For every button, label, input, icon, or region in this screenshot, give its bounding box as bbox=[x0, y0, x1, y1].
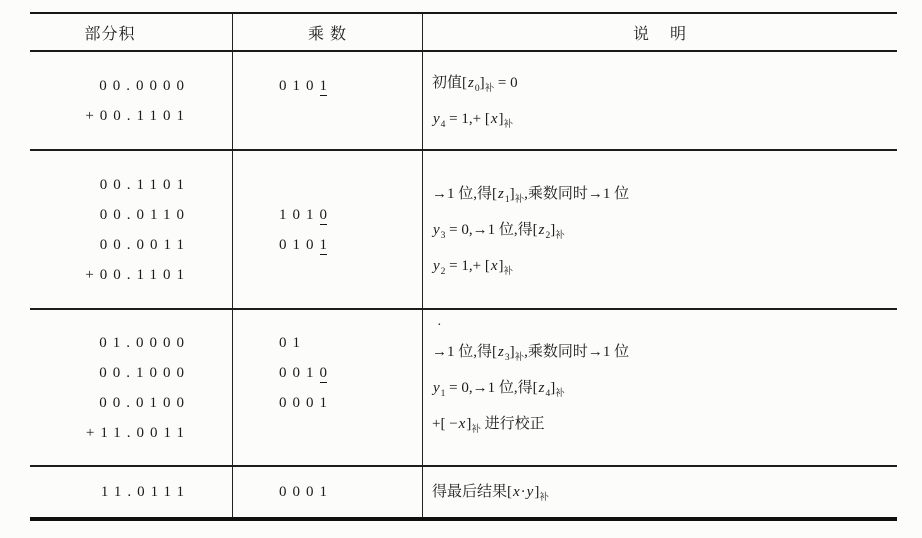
note-line: y1 = 0,→1 位,得[z4]补 bbox=[432, 370, 565, 406]
underlined-digit: 1 bbox=[320, 78, 328, 96]
explanation-cell: 初值[z0]补 = 0y4 = 1,+ [x]补 bbox=[423, 52, 897, 149]
table-block-2: 00.110100.011000.0011+00.110110100101→1 … bbox=[30, 151, 897, 310]
partial-product-line: 00.1000 bbox=[99, 358, 190, 388]
explanation-cell: ·→1 位,得[z3]补,乘数同时→1 位y1 = 0,→1 位,得[z4]补+… bbox=[423, 310, 897, 465]
header-multiplier: 乘 数 bbox=[233, 14, 423, 50]
underlined-digit: 1 bbox=[320, 237, 328, 255]
note-line: y3 = 0,→1 位,得[z2]补 bbox=[432, 212, 565, 248]
multiplier-line: 01 bbox=[279, 328, 306, 358]
partial-product-line: 00.0000 bbox=[99, 71, 190, 101]
multiplier-cell: 10100101 bbox=[233, 151, 423, 308]
note-line: →1 位,得[z3]补,乘数同时→1 位 bbox=[432, 334, 629, 370]
multiplier-line: 0001 bbox=[279, 477, 333, 507]
note-line: 初值[z0]补 = 0 bbox=[432, 65, 518, 101]
header-explanation-label: 说 明 bbox=[633, 21, 687, 44]
header-multiplier-label: 乘 数 bbox=[308, 21, 347, 44]
table-block-3: 01.000000.100000.0100+11.00110100100001·… bbox=[30, 310, 897, 467]
partial-product-cell: 01.000000.100000.0100+11.0011 bbox=[30, 310, 233, 465]
multiplier-line: 0101 bbox=[279, 71, 327, 101]
note-line: y2 = 1,+ [x]补 bbox=[432, 248, 513, 284]
multiplier-cell: 0101 bbox=[233, 52, 423, 149]
explanation-cell: →1 位,得[z1]补,乘数同时→1 位y3 = 0,→1 位,得[z2]补y2… bbox=[423, 151, 897, 308]
multiplier-line: 0101 bbox=[279, 230, 327, 260]
note-line: y4 = 1,+ [x]补 bbox=[432, 101, 513, 137]
partial-product-line: +11.0011 bbox=[86, 418, 190, 448]
partial-product-cell: 00.0000+00.1101 bbox=[30, 52, 233, 149]
multiplication-steps-table: 部分积 乘 数 说 明 00.0000+00.11010101初值[z0]补 =… bbox=[30, 12, 897, 521]
partial-product-cell: 00.110100.011000.0011+00.1101 bbox=[30, 151, 233, 308]
explanation-cell: 得最后结果[x·y]补 bbox=[423, 467, 897, 517]
underlined-digit: 0 bbox=[320, 207, 328, 225]
header-partial-product-label: 部分积 bbox=[84, 21, 135, 44]
header-partial-product: 部分积 bbox=[30, 14, 233, 50]
partial-product-cell: 11.0111 bbox=[30, 467, 233, 517]
partial-product-line: 00.0100 bbox=[99, 388, 190, 418]
table-header-row: 部分积 乘 数 说 明 bbox=[30, 14, 897, 52]
partial-product-line: 00.0011 bbox=[100, 230, 190, 260]
multiplier-cell: 0001 bbox=[233, 467, 423, 517]
table-body: 00.0000+00.11010101初值[z0]补 = 0y4 = 1,+ [… bbox=[30, 52, 897, 517]
partial-product-line: +00.1101 bbox=[85, 101, 190, 131]
multiplier-cell: 0100100001 bbox=[233, 310, 423, 465]
note-line: +[ −x]补 进行校正 bbox=[432, 406, 545, 442]
partial-product-line: 00.0110 bbox=[100, 200, 190, 230]
multiplier-line: 0010 bbox=[279, 358, 327, 388]
note-line: →1 位,得[z1]补,乘数同时→1 位 bbox=[432, 176, 629, 212]
underlined-digit: 0 bbox=[320, 365, 328, 383]
multiplier-line: 0001 bbox=[279, 388, 333, 418]
partial-product-line: 00.1101 bbox=[100, 170, 190, 200]
partial-product-line: +00.1101 bbox=[85, 260, 190, 290]
multiplier-line: 1010 bbox=[279, 200, 327, 230]
table-block-1: 00.0000+00.11010101初值[z0]补 = 0y4 = 1,+ [… bbox=[30, 52, 897, 151]
partial-product-line: 01.0000 bbox=[99, 328, 190, 358]
note-line: 得最后结果[x·y]补 bbox=[432, 474, 549, 510]
header-explanation: 说 明 bbox=[423, 14, 897, 50]
stray-dot: · bbox=[437, 318, 442, 334]
partial-product-line: 11.0111 bbox=[101, 477, 190, 507]
table-block-4: 11.01110001得最后结果[x·y]补 bbox=[30, 467, 897, 517]
